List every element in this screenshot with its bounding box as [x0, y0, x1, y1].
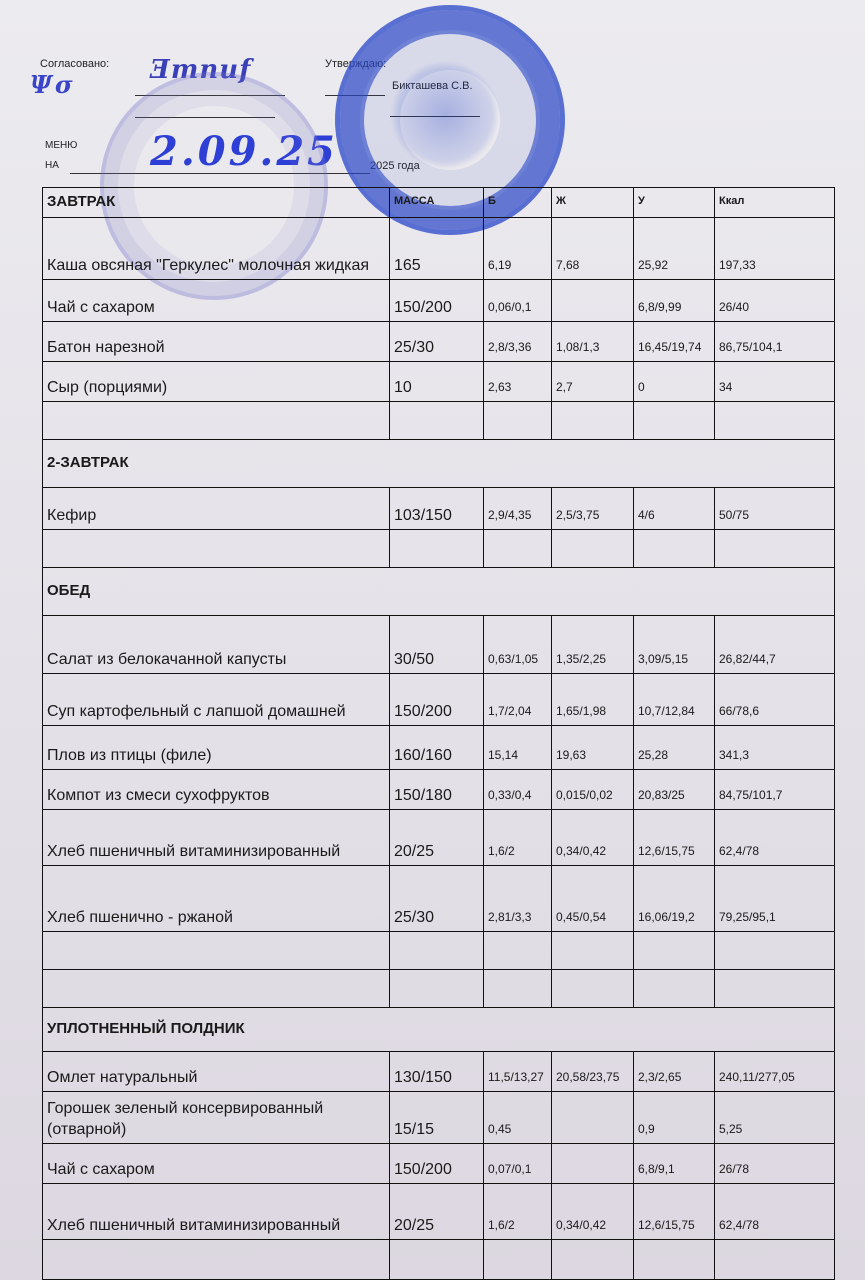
dish-b: 2,8/3,36 — [484, 322, 552, 362]
dish-kcal — [715, 402, 835, 440]
menu-label: МЕНЮ — [45, 140, 77, 151]
dish-mass — [390, 1240, 484, 1280]
section-title: УПЛОТНЕННЫЙ ПОЛДНИК — [43, 1008, 835, 1052]
dish-u: 3,09/5,15 — [634, 616, 715, 674]
dish-u: 6,8/9,99 — [634, 280, 715, 322]
dish-name — [43, 530, 390, 568]
menu-table: ЗАВТРАКМАССАБЖУКкалКаша овсяная "Геркуле… — [42, 187, 835, 1280]
handwritten-date: 2.09.25 — [150, 128, 338, 175]
dish-kcal: 79,25/95,1 — [715, 866, 835, 932]
section-title: 2-ЗАВТРАК — [43, 440, 835, 488]
dish-zh — [552, 1144, 634, 1184]
section-title: ЗАВТРАК — [43, 188, 390, 218]
dish-u: 16,06/19,2 — [634, 866, 715, 932]
dish-name: Компот из смеси сухофруктов — [43, 770, 390, 810]
dish-u — [634, 402, 715, 440]
dish-mass: 10 — [390, 362, 484, 402]
agreed-name-line — [135, 117, 275, 118]
dish-name: Суп картофельный с лапшой домашней — [43, 674, 390, 726]
dish-mass: 103/150 — [390, 488, 484, 530]
column-header-mass: МАССА — [390, 188, 484, 218]
dish-zh — [552, 970, 634, 1008]
dish-kcal: 62,4/78 — [715, 810, 835, 866]
dish-zh: 7,68 — [552, 218, 634, 280]
dish-kcal: 62,4/78 — [715, 1184, 835, 1240]
dish-name: Чай с сахаром — [43, 280, 390, 322]
dish-b — [484, 970, 552, 1008]
column-header-b: Б — [484, 188, 552, 218]
dish-kcal: 26,82/44,7 — [715, 616, 835, 674]
dish-zh — [552, 280, 634, 322]
dish-zh — [552, 530, 634, 568]
dish-u: 6,8/9,1 — [634, 1144, 715, 1184]
table-row: Чай с сахаром150/2000,06/0,16,8/9,9926/4… — [43, 280, 835, 322]
dish-mass: 15/15 — [390, 1092, 484, 1144]
dish-mass: 20/25 — [390, 810, 484, 866]
dish-zh — [552, 932, 634, 970]
dish-name: Чай с сахаром — [43, 1144, 390, 1184]
dish-zh: 20,58/23,75 — [552, 1052, 634, 1092]
dish-mass — [390, 530, 484, 568]
dish-zh: 0,34/0,42 — [552, 1184, 634, 1240]
dish-b: 1,6/2 — [484, 810, 552, 866]
dish-u: 20,83/25 — [634, 770, 715, 810]
column-header-zh: Ж — [552, 188, 634, 218]
dish-u: 25,28 — [634, 726, 715, 770]
section-header-row: УПЛОТНЕННЫЙ ПОЛДНИК — [43, 1008, 835, 1052]
dish-name — [43, 1240, 390, 1280]
dish-name — [43, 402, 390, 440]
column-header-u: У — [634, 188, 715, 218]
dish-u — [634, 530, 715, 568]
table-row: Салат из белокачанной капусты30/500,63/1… — [43, 616, 835, 674]
dish-kcal — [715, 970, 835, 1008]
table-row: Сыр (порциями)102,632,7034 — [43, 362, 835, 402]
dish-kcal: 50/75 — [715, 488, 835, 530]
signature-agreed: Ǝmnuf — [150, 55, 251, 85]
dish-zh — [552, 402, 634, 440]
dish-b: 15,14 — [484, 726, 552, 770]
dish-name — [43, 970, 390, 1008]
dish-kcal — [715, 932, 835, 970]
table-row: Кефир103/1502,9/4,352,5/3,754/650/75 — [43, 488, 835, 530]
table-row: Хлеб пшенично - ржаной25/302,81/3,30,45/… — [43, 866, 835, 932]
dish-b — [484, 1240, 552, 1280]
dish-mass: 130/150 — [390, 1052, 484, 1092]
dish-name: Батон нарезной — [43, 322, 390, 362]
dish-kcal: 26/78 — [715, 1144, 835, 1184]
table-row: Хлеб пшеничный витаминизированный20/251,… — [43, 810, 835, 866]
dish-mass — [390, 970, 484, 1008]
dish-u: 0,9 — [634, 1092, 715, 1144]
dish-mass: 25/30 — [390, 866, 484, 932]
empty-row — [43, 1240, 835, 1280]
dish-mass — [390, 932, 484, 970]
dish-mass — [390, 402, 484, 440]
dish-kcal — [715, 530, 835, 568]
dish-kcal — [715, 1240, 835, 1280]
section-header-row: ОБЕД — [43, 568, 835, 616]
table-row: Компот из смеси сухофруктов150/1800,33/0… — [43, 770, 835, 810]
dish-kcal: 86,75/104,1 — [715, 322, 835, 362]
dish-kcal: 26/40 — [715, 280, 835, 322]
column-header-kcal: Ккал — [715, 188, 835, 218]
empty-row — [43, 530, 835, 568]
table-row: Плов из птицы (филе)160/16015,1419,6325,… — [43, 726, 835, 770]
dish-u — [634, 970, 715, 1008]
dish-b: 1,7/2,04 — [484, 674, 552, 726]
table-row: Суп картофельный с лапшой домашней150/20… — [43, 674, 835, 726]
dish-name: Горошек зеленый консервированный (отварн… — [43, 1092, 390, 1144]
dish-b: 11,5/13,27 — [484, 1052, 552, 1092]
dish-name: Сыр (порциями) — [43, 362, 390, 402]
dish-name: Салат из белокачанной капусты — [43, 616, 390, 674]
dish-b — [484, 402, 552, 440]
dish-b: 2,63 — [484, 362, 552, 402]
dish-name: Омлет натуральный — [43, 1052, 390, 1092]
empty-row — [43, 970, 835, 1008]
stamp-emblem-icon — [390, 60, 500, 170]
table-row: Батон нарезной25/302,8/3,361,08/1,316,45… — [43, 322, 835, 362]
year-suffix: 2025 года — [370, 160, 420, 172]
dish-name: Хлеб пшенично - ржаной — [43, 866, 390, 932]
on-label: НА — [45, 160, 59, 171]
dish-b: 0,33/0,4 — [484, 770, 552, 810]
dish-name — [43, 932, 390, 970]
dish-b — [484, 530, 552, 568]
dish-kcal: 84,75/101,7 — [715, 770, 835, 810]
dish-b: 0,45 — [484, 1092, 552, 1144]
dish-b: 6,19 — [484, 218, 552, 280]
dish-b: 1,6/2 — [484, 1184, 552, 1240]
dish-u: 12,6/15,75 — [634, 1184, 715, 1240]
dish-zh: 19,63 — [552, 726, 634, 770]
section-title: ОБЕД — [43, 568, 835, 616]
dish-b: 0,63/1,05 — [484, 616, 552, 674]
dish-mass: 160/160 — [390, 726, 484, 770]
dish-u: 16,45/19,74 — [634, 322, 715, 362]
dish-mass: 30/50 — [390, 616, 484, 674]
dish-name: Каша овсяная "Геркулес" молочная жидкая — [43, 218, 390, 280]
dish-b: 2,9/4,35 — [484, 488, 552, 530]
dish-u — [634, 932, 715, 970]
dish-mass: 150/200 — [390, 674, 484, 726]
dish-name: Плов из птицы (филе) — [43, 726, 390, 770]
dish-zh: 0,45/0,54 — [552, 866, 634, 932]
dish-mass: 150/200 — [390, 1144, 484, 1184]
dish-zh: 2,5/3,75 — [552, 488, 634, 530]
dish-zh: 0,015/0,02 — [552, 770, 634, 810]
dish-name: Кефир — [43, 488, 390, 530]
dish-b: 0,07/0,1 — [484, 1144, 552, 1184]
dish-kcal: 34 — [715, 362, 835, 402]
dish-zh: 1,65/1,98 — [552, 674, 634, 726]
dish-u: 10,7/12,84 — [634, 674, 715, 726]
dish-kcal: 66/78,6 — [715, 674, 835, 726]
table-row: Омлет натуральный130/15011,5/13,2720,58/… — [43, 1052, 835, 1092]
dish-mass: 165 — [390, 218, 484, 280]
agreed-label: Согласовано: — [40, 58, 109, 70]
dish-kcal: 240,11/277,05 — [715, 1052, 835, 1092]
dish-u — [634, 1240, 715, 1280]
dish-zh: 2,7 — [552, 362, 634, 402]
dish-name: Хлеб пшеничный витаминизированный — [43, 1184, 390, 1240]
signature-agreed-initials: Ψσ — [30, 70, 76, 99]
empty-row — [43, 402, 835, 440]
dish-zh: 0,34/0,42 — [552, 810, 634, 866]
dish-mass: 25/30 — [390, 322, 484, 362]
section-header-row: ЗАВТРАКМАССАБЖУКкал — [43, 188, 835, 218]
dish-b: 0,06/0,1 — [484, 280, 552, 322]
dish-kcal: 197,33 — [715, 218, 835, 280]
dish-kcal: 5,25 — [715, 1092, 835, 1144]
dish-kcal: 341,3 — [715, 726, 835, 770]
empty-row — [43, 932, 835, 970]
dish-name: Хлеб пшеничный витаминизированный — [43, 810, 390, 866]
dish-mass: 150/180 — [390, 770, 484, 810]
dish-mass: 150/200 — [390, 280, 484, 322]
dish-b: 2,81/3,3 — [484, 866, 552, 932]
dish-u: 12,6/15,75 — [634, 810, 715, 866]
dish-u: 4/6 — [634, 488, 715, 530]
dish-u: 25,92 — [634, 218, 715, 280]
agreed-signature-line — [135, 95, 285, 96]
dish-u: 0 — [634, 362, 715, 402]
table-row: Каша овсяная "Геркулес" молочная жидкая1… — [43, 218, 835, 280]
table-row: Хлеб пшеничный витаминизированный20/251,… — [43, 1184, 835, 1240]
approved-label: Утверждаю: — [325, 58, 386, 70]
dish-zh: 1,08/1,3 — [552, 322, 634, 362]
approved-signature-line — [325, 95, 385, 96]
dish-mass: 20/25 — [390, 1184, 484, 1240]
section-header-row: 2-ЗАВТРАК — [43, 440, 835, 488]
table-row: Горошек зеленый консервированный (отварн… — [43, 1092, 835, 1144]
dish-u: 2,3/2,65 — [634, 1052, 715, 1092]
dish-zh: 1,35/2,25 — [552, 616, 634, 674]
table-row: Чай с сахаром150/2000,07/0,16,8/9,126/78 — [43, 1144, 835, 1184]
dish-zh — [552, 1092, 634, 1144]
dish-b — [484, 932, 552, 970]
dish-zh — [552, 1240, 634, 1280]
